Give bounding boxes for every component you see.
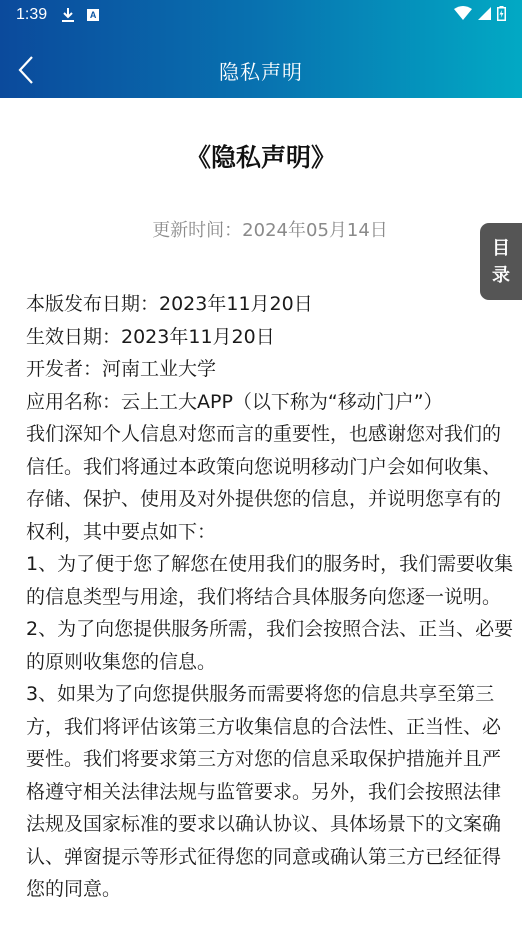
app-header: 1:39 A 隐私声明 xyxy=(0,0,522,98)
a-notification-icon: A xyxy=(87,9,99,21)
wifi-icon xyxy=(454,6,472,24)
paragraph-point-1: 1、为了便于您了解您在使用我们的服务时，我们需要收集的信息类型与用途，我们将结合… xyxy=(26,548,516,613)
back-button[interactable] xyxy=(8,52,44,88)
document-body: 本版发布日期：2023年11月20日 生效日期：2023年11月20日 开发者：… xyxy=(26,288,516,906)
update-time: 更新时间：2024年05月14日 xyxy=(0,216,522,242)
page-title: 隐私声明 xyxy=(219,56,303,85)
status-time: 1:39 xyxy=(16,6,47,24)
toc-label-char-2: 录 xyxy=(492,262,510,289)
cellular-signal-icon xyxy=(478,6,491,24)
meta-developer: 开发者：河南工业大学 xyxy=(26,353,516,386)
battery-charging-icon xyxy=(497,6,506,25)
meta-effective-date: 生效日期：2023年11月20日 xyxy=(26,321,516,354)
document-title: 《隐私声明》 xyxy=(0,138,522,174)
chevron-left-icon xyxy=(17,55,35,85)
status-bar: 1:39 A xyxy=(0,0,522,30)
paragraph-intro: 我们深知个人信息对您而言的重要性，也感谢您对我们的信任。我们将通过本政策向您说明… xyxy=(26,418,516,548)
meta-app-name: 应用名称：云上工大APP（以下称为“移动门户”） xyxy=(26,386,516,419)
paragraph-point-3: 3、如果为了向您提供服务而需要将您的信息共享至第三方，我们将评估该第三方收集信息… xyxy=(26,678,516,906)
paragraph-point-2: 2、为了向您提供服务所需，我们会按照合法、正当、必要的原则收集您的信息。 xyxy=(26,613,516,678)
nav-bar: 隐私声明 xyxy=(0,42,522,98)
toc-label-char-1: 目 xyxy=(492,235,510,262)
download-icon xyxy=(61,7,75,23)
meta-release-date: 本版发布日期：2023年11月20日 xyxy=(26,288,516,321)
